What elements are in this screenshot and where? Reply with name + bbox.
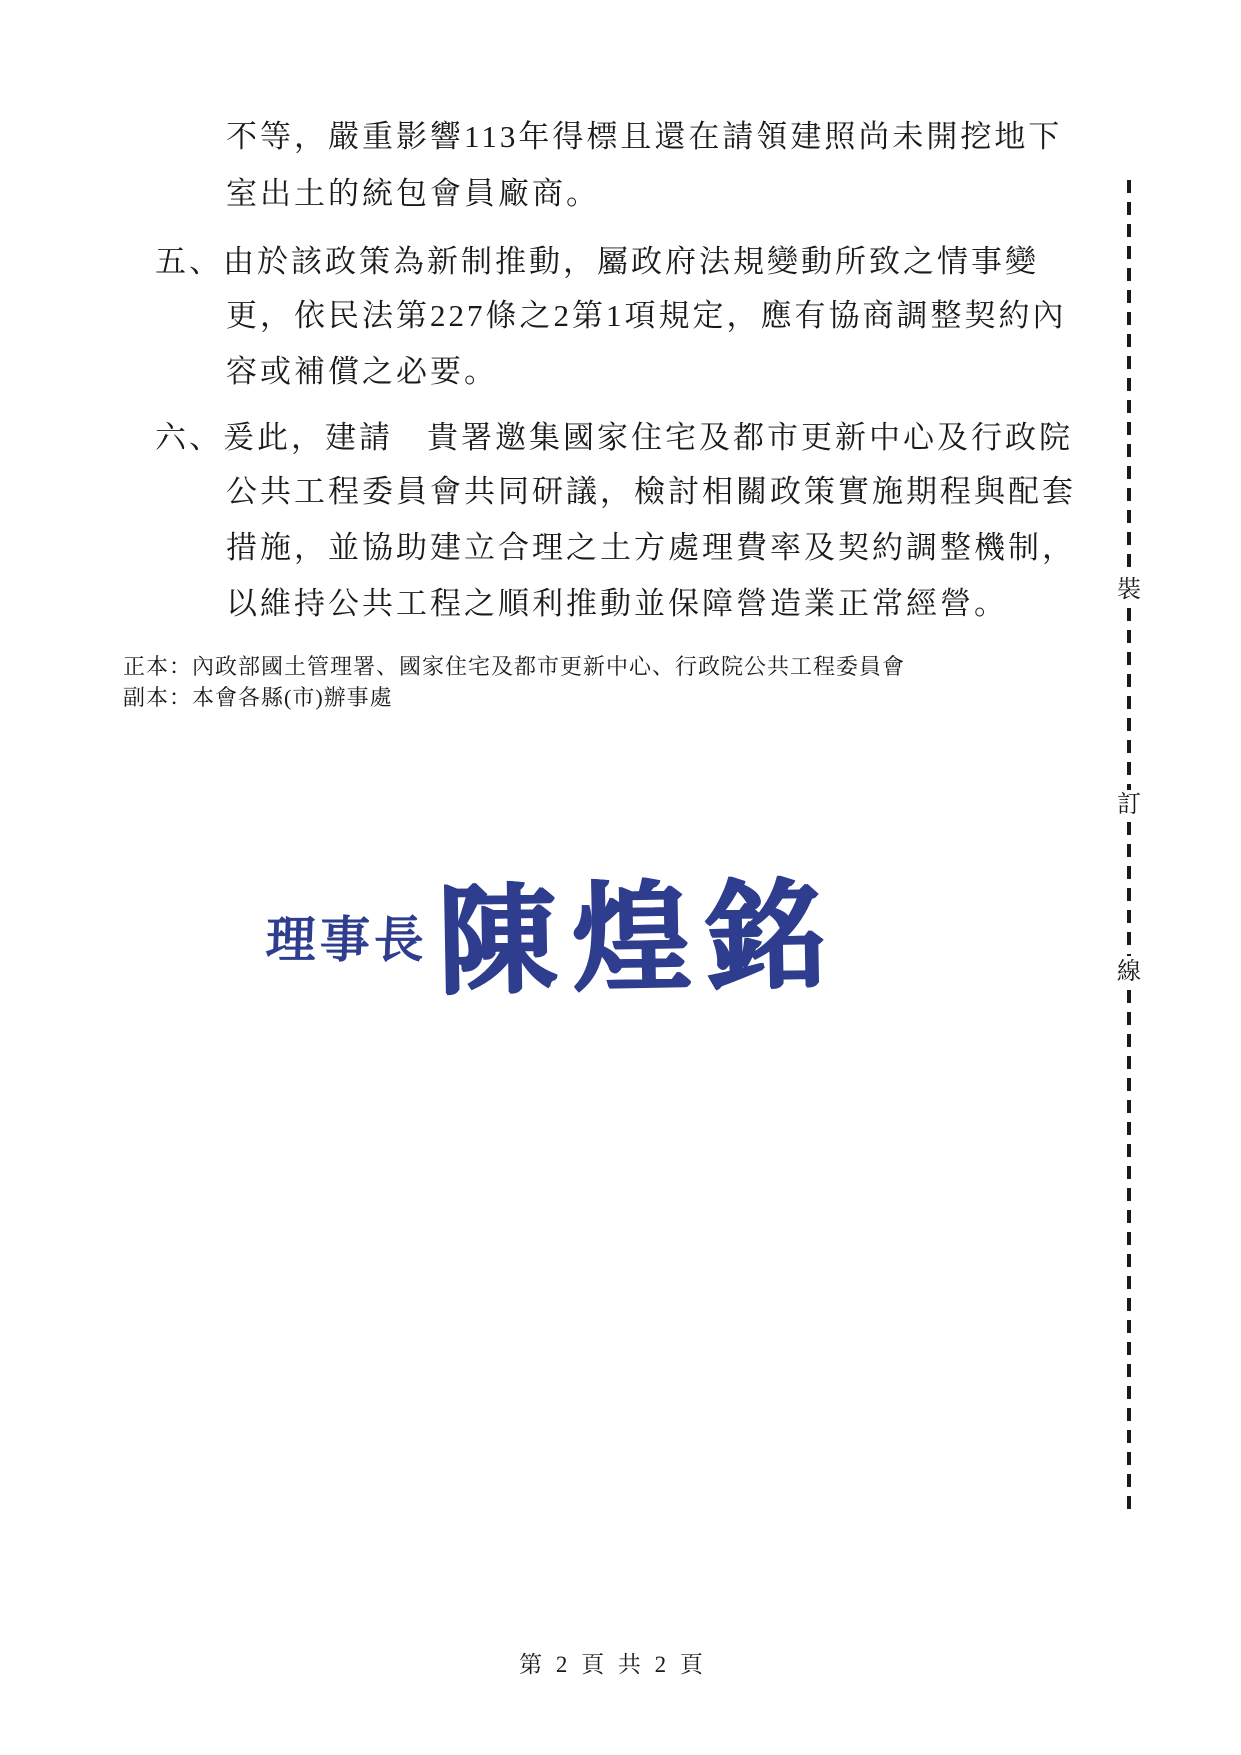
recipient-copy-line: 副本：本會各縣(市)辦事處 bbox=[123, 684, 393, 712]
body-line: 公共工程委員會共同研議，檢討相關政策實施期程與配套 bbox=[226, 475, 1076, 509]
signature-title: 理事長 bbox=[265, 900, 430, 972]
binding-dashed-line bbox=[1127, 822, 1131, 956]
body-line: 措施，並協助建立合理之土方處理費率及契約調整機制， bbox=[226, 531, 1076, 565]
body-line: 更，依民法第227條之2第1項規定，應有協商調整契約內 bbox=[226, 299, 1067, 333]
body-line-item-6: 六、爰此，建請 貴署邀集國家住宅及都市更新中心及行政院 bbox=[155, 421, 1073, 455]
signature-name: 陳煌銘 bbox=[437, 840, 842, 1017]
binding-label-ding: 訂 bbox=[1115, 792, 1143, 818]
page-number-indicator: 第 2 頁 共 2 頁 bbox=[0, 1646, 1226, 1679]
recipient-original-line: 正本：內政部國土管理署、國家住宅及都市更新中心、行政院公共工程委員會 bbox=[123, 653, 905, 681]
body-line: 容或補償之必要。 bbox=[226, 355, 498, 389]
body-line: 室出土的統包會員廠商。 bbox=[226, 177, 600, 211]
binding-dashed-line bbox=[1127, 990, 1131, 1512]
binding-label-zhuang: 裝 bbox=[1115, 577, 1143, 603]
document-page: 不等，嚴重影響113年得標且還在請領建照尚未開挖地下 室出土的統包會員廠商。 五… bbox=[0, 0, 1241, 1755]
binding-dashed-line bbox=[1127, 180, 1131, 574]
binding-label-xian: 線 bbox=[1115, 959, 1143, 985]
body-line-item-5: 五、由於該政策為新制推動，屬政府法規變動所致之情事變 bbox=[155, 245, 1039, 279]
binding-dashed-line bbox=[1127, 608, 1131, 790]
body-line: 不等，嚴重影響113年得標且還在請領建照尚未開挖地下 bbox=[226, 120, 1062, 154]
body-line: 以維持公共工程之順利推動並保障營造業正常經營。 bbox=[226, 587, 1008, 621]
